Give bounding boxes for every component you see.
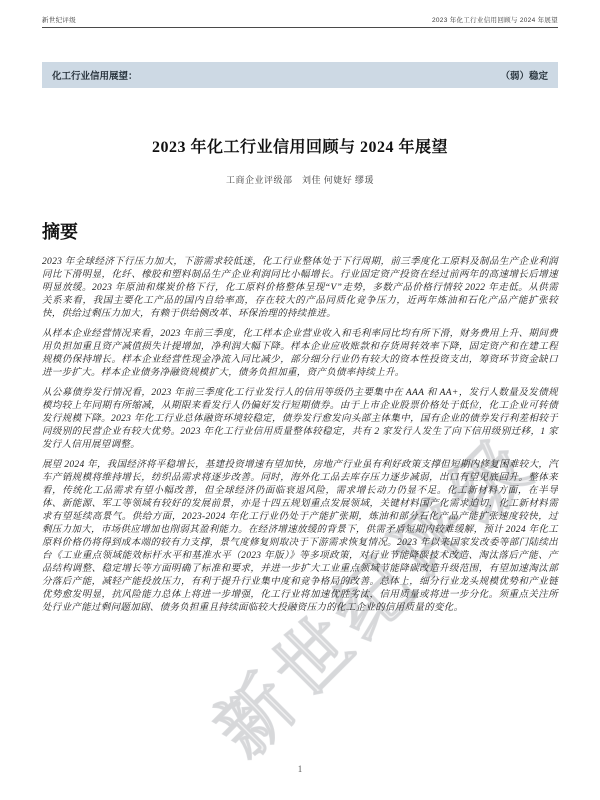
abstract-paragraph: 展望 2024 年，我国经济将平稳增长，基建投资增速有望加快，房地产行业虽有利好… xyxy=(42,459,558,615)
page-number: 1 xyxy=(0,764,600,774)
byline: 工商企业评级部 刘佳 何婕好 缪瑗 xyxy=(42,173,558,186)
header-doc-title: 2023 年化工行业信用回顾与 2024 年展望 xyxy=(432,15,558,24)
industry-outlook-bar: 化工行业信用展望： （弱）稳定 xyxy=(42,62,558,88)
abstract-heading: 摘要 xyxy=(42,218,558,244)
outlook-label: 化工行业信用展望： xyxy=(52,68,138,82)
abstract-paragraph: 从样本企业经营情况来看，2023 年前三季度，化工样本企业营业收入和毛利率同比均… xyxy=(42,328,558,380)
outlook-value: （弱）稳定 xyxy=(500,68,548,82)
header-divider xyxy=(42,27,558,28)
header-brand: 新世纪评级 xyxy=(42,15,76,24)
page-header: 新世纪评级 2023 年化工行业信用回顾与 2024 年展望 xyxy=(42,0,558,24)
page-title: 2023 年化工行业信用回顾与 2024 年展望 xyxy=(42,134,558,157)
abstract-body: 2023 年全球经济下行压力加大，下游需求较低迷，化工行业整体处于下行周期，前三… xyxy=(42,256,558,615)
abstract-paragraph: 2023 年全球经济下行压力加大，下游需求较低迷，化工行业整体处于下行周期，前三… xyxy=(42,256,558,321)
report-page: 新世纪评级 2023 年化工行业信用回顾与 2024 年展望 化工行业信用展望：… xyxy=(0,0,600,800)
abstract-paragraph: 从公募债券发行情况看，2023 年前三季度化工行业发行人的信用等级仍主要集中在 … xyxy=(42,387,558,452)
